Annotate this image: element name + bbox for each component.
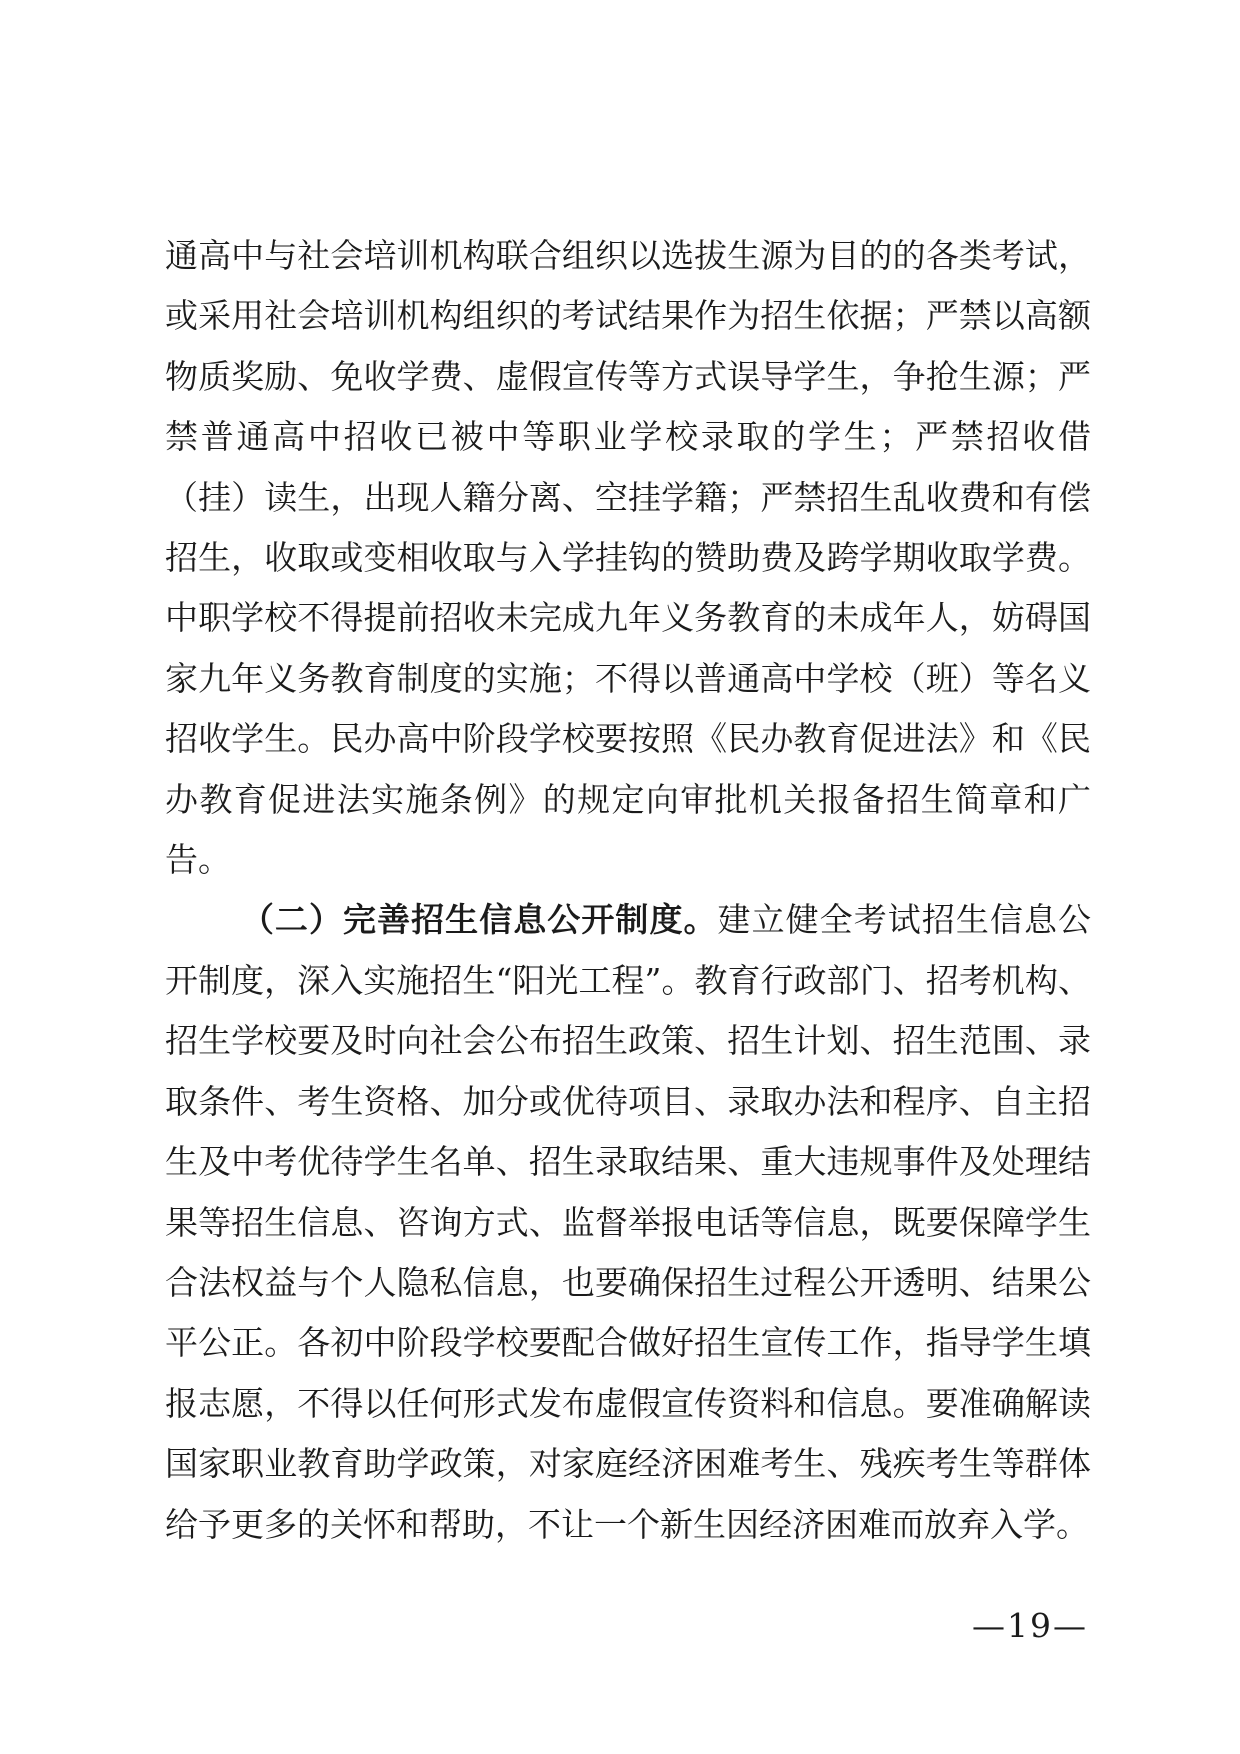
section-heading: （二）完善招生信息公开制度。 bbox=[241, 900, 718, 939]
paragraph-continuation: 通高中与社会培训机构联合组织以选拔生源为目的的各类考试，或采用社会培训机构组织的… bbox=[165, 226, 1091, 890]
document-page: 通高中与社会培训机构联合组织以选拔生源为目的的各类考试，或采用社会培训机构组织的… bbox=[0, 0, 1240, 1754]
paragraph-body: 建立健全考试招生信息公开制度，深入实施招生“阳光工程”。教育行政部门、招考机构、… bbox=[165, 900, 1091, 1543]
paragraph-body: 通高中与社会培训机构联合组织以选拔生源为目的的各类考试，或采用社会培训机构组织的… bbox=[165, 236, 1091, 879]
page-number: —19— bbox=[972, 1606, 1088, 1646]
body-text: 通高中与社会培训机构联合组织以选拔生源为目的的各类考试，或采用社会培训机构组织的… bbox=[165, 226, 1091, 1555]
paragraph-section-2: （二）完善招生信息公开制度。建立健全考试招生信息公开制度，深入实施招生“阳光工程… bbox=[165, 890, 1091, 1554]
